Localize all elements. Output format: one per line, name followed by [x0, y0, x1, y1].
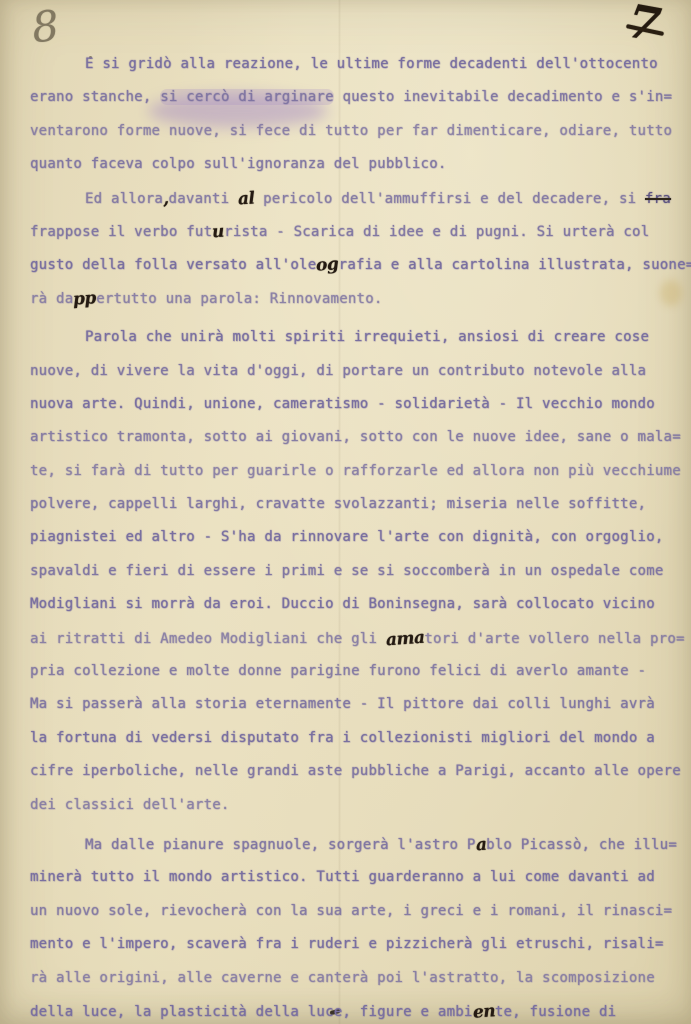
typed-text: piagnistei ed altro - S'ha da rinnovare …	[30, 529, 664, 545]
text-line: mento e l'impero, scaverà fra i ruderi e…	[30, 928, 678, 961]
typed-text: ertutto una parola: Rinnovamento.	[96, 291, 382, 307]
typed-text: ai ritratti di Amedeo Modigliani che gli	[30, 631, 386, 647]
typed-text: gusto della folla versato all'ole	[30, 257, 316, 273]
typed-text: tori d'arte vollero nella pro=	[424, 631, 684, 647]
typed-text: rista - Scarica di idee e di pugni. Si u…	[224, 224, 649, 240]
typed-text: della luce, la plasticità della luce, fi…	[30, 1004, 473, 1020]
typed-text: spavaldi e fieri di essere i primi e se …	[30, 563, 664, 579]
text-line: della luce, la plasticità della luce, fi…	[30, 995, 678, 1024]
typed-text: la fortuna di vedersi disputato fra i co…	[30, 730, 655, 746]
text-line: nuova arte. Quindi, unione, cameratismo …	[30, 388, 678, 421]
typed-text: Ma dalle pianure spagnuole, sorgerà l'as…	[85, 837, 476, 853]
typed-text: pria collezione e molte donne parigine f…	[30, 663, 646, 679]
typed-text: questo inevitabile decadimento e s'in=	[334, 89, 672, 105]
typed-text: dei classici dell'arte.	[30, 797, 230, 813]
pencil-page-number: 8	[30, 1, 62, 53]
typed-text: rà da	[30, 291, 73, 307]
typed-text: pericolo dell'ammuffirsi e del decadere,…	[254, 191, 645, 207]
text-line: quanto faceva colpo sull'ignoranza del p…	[30, 148, 678, 181]
typed-text: Ed allora	[85, 191, 163, 207]
typed-text: nuove, di vivere la vita d'oggi, di port…	[30, 363, 646, 379]
text-line: artistico tramonta, sotto ai giovani, so…	[30, 421, 678, 454]
typed-text: Ma si passerà alla storia eternamente - …	[30, 696, 655, 712]
typed-text: polvere, cappelli larghi, cravatte svola…	[30, 496, 646, 512]
text-line: piagnistei ed altro - S'ha da rinnovare …	[30, 521, 678, 554]
handwritten-correction: al	[237, 182, 256, 216]
text-line: E si gridò alla reazione, le ultime form…	[30, 48, 678, 81]
typed-text: rafia e alla cartolina illustrata, suone…	[339, 257, 691, 273]
text-line: dei classici dell'arte.	[30, 789, 678, 822]
text-line: te, si farà di tutto per guarirle o raff…	[30, 455, 678, 488]
handwritten-correction: ama	[385, 621, 426, 657]
text-line: la fortuna di vedersi disputato fra i co…	[30, 722, 678, 755]
text-line: pria collezione e molte donne parigine f…	[30, 655, 678, 688]
typed-text: E si gridò alla reazione, le ultime form…	[85, 56, 658, 72]
typed-text: cifre iperboliche, nelle grandi aste pub…	[30, 763, 681, 779]
typed-text-block: E si gridò alla reazione, le ultime form…	[30, 48, 678, 1024]
typed-text: si cercò di arginare	[160, 89, 334, 105]
text-line: Ed allora,davanti al pericolo dell'ammuf…	[30, 182, 678, 215]
typed-text: un nuovo sole, rievocherà con la sua art…	[30, 903, 672, 919]
typewritten-page: 8 7 E si gridò alla reazione, le ultime …	[0, 0, 691, 1024]
text-line: Ma si passerà alla storia eternamente - …	[30, 688, 678, 721]
typed-text: nuova arte. Quindi, unione, cameratismo …	[30, 396, 655, 412]
text-line: Parola che unirà molti spiriti irrequiet…	[30, 321, 678, 354]
typed-text: minerà tutto il mondo artistico. Tutti g…	[30, 869, 655, 885]
text-line: Modigliani si morrà da eroi. Duccio di B…	[30, 588, 678, 621]
text-line: frappose il verbo futurista - Scarica di…	[30, 215, 678, 248]
text-line: gusto della folla versato all'oleografia…	[30, 248, 678, 281]
typed-text: te, si farà di tutto per guarirle o raff…	[30, 463, 681, 479]
text-line: ventarono forme nuove, si fece di tutto …	[30, 115, 678, 148]
typed-text: te, fusione di	[495, 1004, 617, 1020]
typed-text: erano stanche,	[30, 89, 160, 105]
text-line: rà dappertutto una parola: Rinnovamento.	[30, 282, 678, 315]
typed-text: davanti	[169, 191, 238, 207]
text-line: polvere, cappelli larghi, cravatte svola…	[30, 488, 678, 521]
typed-text: quanto faceva colpo sull'ignoranza del p…	[30, 156, 447, 172]
text-line: cifre iperboliche, nelle grandi aste pub…	[30, 755, 678, 788]
typed-text: frappose il verbo fut	[30, 224, 212, 240]
text-line: rà alle origini, alle caverne e canterà …	[30, 962, 678, 995]
text-line: un nuovo sole, rievocherà con la sua art…	[30, 895, 678, 928]
text-line: nuove, di vivere la vita d'oggi, di port…	[30, 355, 678, 388]
typed-text: artistico tramonta, sotto ai giovani, so…	[30, 429, 681, 445]
typed-text: mento e l'impero, scaverà fra i ruderi e…	[30, 936, 664, 952]
handwritten-correction: en	[472, 995, 496, 1024]
text-line: erano stanche, si cercò di arginare ques…	[30, 81, 678, 114]
typed-text: ventarono forme nuove, si fece di tutto …	[30, 123, 672, 139]
text-line: ai ritratti di Amedeo Modigliani che gli…	[30, 622, 678, 655]
strikethrough-text: fra	[645, 191, 671, 207]
typed-text: Modigliani si morrà da eroi. Duccio di B…	[30, 596, 655, 612]
typed-text: Parola che unirà molti spiriti irrequiet…	[85, 329, 649, 345]
typed-text: rà alle origini, alle caverne e canterà …	[30, 970, 655, 986]
handwritten-correction: og	[315, 249, 340, 284]
text-line: spavaldi e fieri di essere i primi e se …	[30, 555, 678, 588]
text-line: Ma dalle pianure spagnuole, sorgerà l'as…	[30, 828, 678, 861]
text-line: minerà tutto il mondo artistico. Tutti g…	[30, 861, 678, 894]
typed-text: blo Picassò, che illu=	[486, 837, 677, 853]
handwritten-correction: pp	[72, 282, 97, 317]
